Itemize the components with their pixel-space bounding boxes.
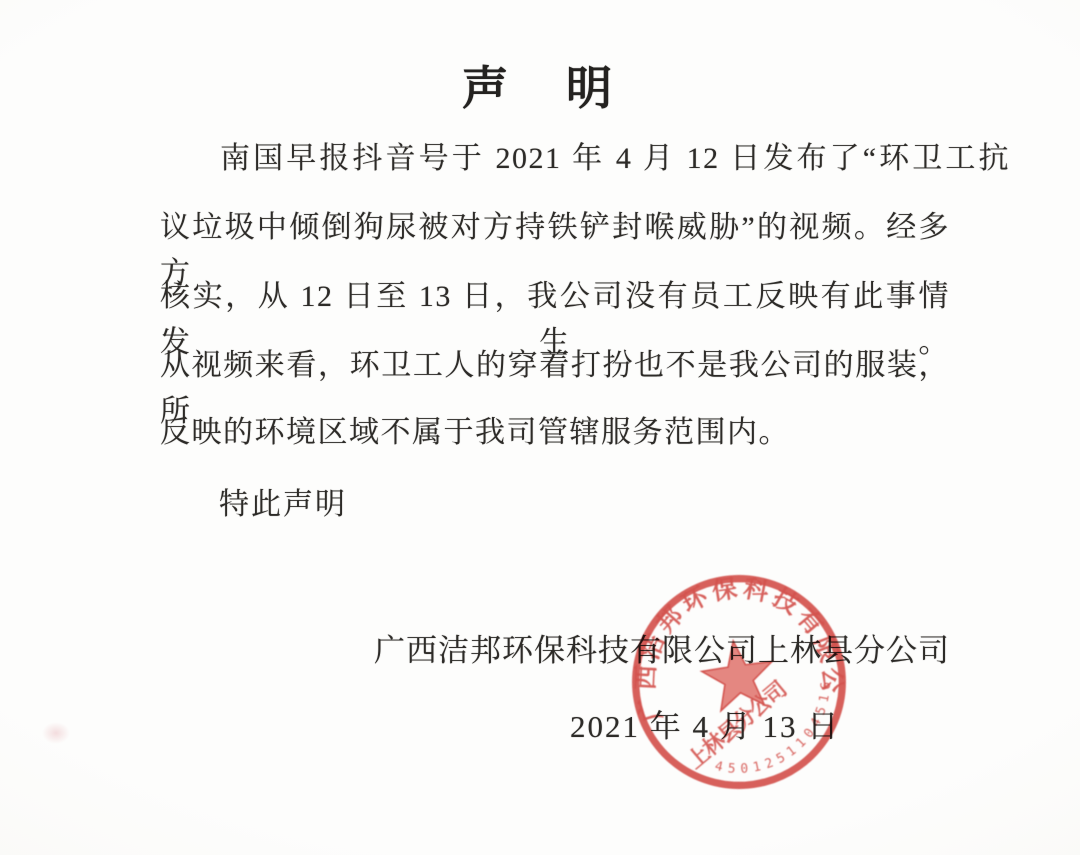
company-seal: 广西洁邦环保科技有限公司 上林县分公司 4501251104516 [599,542,879,822]
statement-line-1: 南国早报抖音号于 2021 年 4 月 12 日发布了“环卫工抗 [160,136,1010,182]
page-title: 声 明 [0,52,1080,118]
document-page: 声 明 南国早报抖音号于 2021 年 4 月 12 日发布了“环卫工抗 议垃圾… [0,0,1080,855]
closing-statement: 特此声明 [219,479,347,523]
statement-line-5: 反映的环境区域不属于我司管辖服务范围内。 [160,410,950,456]
scan-smudge [42,722,70,744]
